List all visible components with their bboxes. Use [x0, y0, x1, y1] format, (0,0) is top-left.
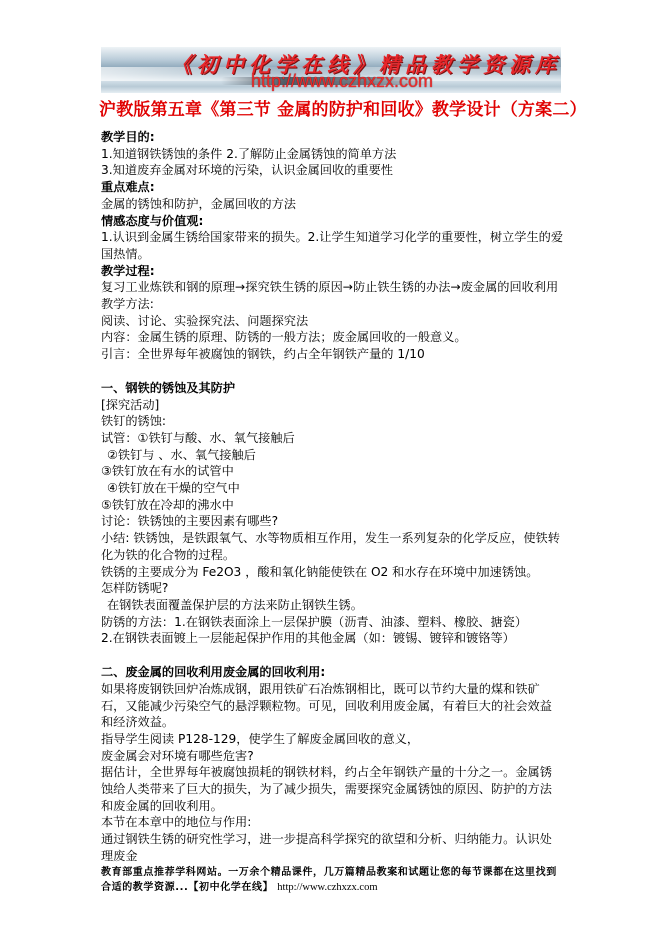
- key-points-line: 金属的锈蚀和防护，金属回收的方法: [101, 196, 563, 213]
- part1-line: 防锈的方法：1.在钢铁表面涂上一层保护膜（沥青、油漆、塑料、橡胶、搪瓷）: [101, 614, 563, 631]
- spacer: [101, 647, 563, 664]
- part1-line: [探究活动]: [101, 397, 563, 414]
- footer-url-link[interactable]: http://www.czhxzx.com: [277, 882, 377, 893]
- process-line: 引言：全世界每年被腐蚀的钢铁，约占全年钢铁产量的 1/10: [101, 346, 563, 363]
- part1-line: 铁钉的锈蚀:: [101, 413, 563, 430]
- part1-line: 2.在钢铁表面镀上一层能起保护作用的其他金属（如：镀锡、镀锌和镀铬等）: [101, 630, 563, 647]
- part2-line: 本节在本章中的地位与作用:: [101, 814, 563, 831]
- part2-line: 如果将废钢铁回炉冶炼成钢，跟用铁矿石冶炼钢相比，既可以节约大量的煤和铁矿石，又能…: [101, 681, 563, 731]
- objectives-line: 3.知道废弃金属对环境的污染，认识金属回收的重要性: [101, 162, 563, 179]
- part2-line: 废金属会对环境有哪些危害?: [101, 748, 563, 765]
- part2-line: 通过钢铁生锈的研究性学习，进一步提高科学探究的欲望和分析、归纳能力。认识处理废金: [101, 831, 563, 864]
- part1-line: 讨论：铁锈蚀的主要因素有哪些?: [101, 513, 563, 530]
- site-banner: 《初中化学在线》精品教学资源库 http://www.czhxzx.com: [101, 47, 561, 93]
- process-line: 内容：金属生锈的原理、防锈的一般方法；废金属回收的一般意义。: [101, 329, 563, 346]
- objectives-heading: 教学目的:: [101, 129, 563, 146]
- part1-line: ④铁钉放在干燥的空气中: [101, 480, 563, 497]
- document-page: 《初中化学在线》精品教学资源库 http://www.czhxzx.com 沪教…: [101, 47, 563, 895]
- objectives-line: 1.知道钢铁锈蚀的条件 2.了解防止金属锈蚀的简单方法: [101, 146, 563, 163]
- page-footer: 教育部重点推荐学科网站。一万余个精品课件，几万篇精品教案和试题让您的每节课都在这…: [101, 865, 563, 895]
- part1-line: 怎样防锈呢?: [101, 580, 563, 597]
- process-heading: 教学过程:: [101, 263, 563, 280]
- spacer: [101, 363, 563, 380]
- part1-line: ⑤铁钉放在冷却的沸水中: [101, 497, 563, 514]
- part1-line: 在钢铁表面覆盖保护层的方法来防止钢铁生锈。: [101, 597, 563, 614]
- document-body: 教学目的: 1.知道钢铁锈蚀的条件 2.了解防止金属锈蚀的简单方法 3.知道废弃…: [101, 129, 563, 895]
- process-line: 阅读、讨论、实验探究法、问题探究法: [101, 313, 563, 330]
- document-title: 沪教版第五章《第三节 金属的防护和回收》教学设计（方案二）: [99, 99, 563, 121]
- values-heading: 情感态度与价值观:: [101, 213, 563, 230]
- part1-heading: 一、钢铁的锈蚀及其防护: [101, 380, 563, 397]
- part1-line: ③铁钉放在有水的试管中: [101, 463, 563, 480]
- process-line: 复习工业炼铁和钢的原理→探究铁生锈的原因→防止铁生锈的办法→废金属的回收利用: [101, 279, 563, 296]
- values-line: 1.认识到金属生锈给国家带来的损失。2.让学生知道学习化学的重要性，树立学生的爱…: [101, 229, 563, 262]
- part1-line: ②铁钉与 、水、氧气接触后: [101, 447, 563, 464]
- part2-line: 据估计，全世界每年被腐蚀损耗的钢铁材料，约占全年钢铁产量的十分之一。金属锈蚀给人…: [101, 764, 563, 814]
- banner-url: http://www.czhxzx.com: [251, 71, 433, 92]
- part1-line: 试管：①铁钉与酸、水、氧气接触后: [101, 430, 563, 447]
- part1-line: 小结: 铁锈蚀，是铁跟氧气、水等物质相互作用，发生一系列复杂的化学反应，使铁转化…: [101, 530, 563, 563]
- part2-line: 指导学生阅读 P128-129，使学生了解废金属回收的意义，: [101, 731, 563, 748]
- part2-heading: 二、废金属的回收利用废金属的回收利用:: [101, 664, 563, 681]
- part1-line: 铁锈的主要成分为 Fe2O3 ，酸和氧化钠能使铁在 O2 和水存在环境中加速锈蚀…: [101, 564, 563, 581]
- key-points-heading: 重点难点:: [101, 179, 563, 196]
- process-line: 教学方法:: [101, 296, 563, 313]
